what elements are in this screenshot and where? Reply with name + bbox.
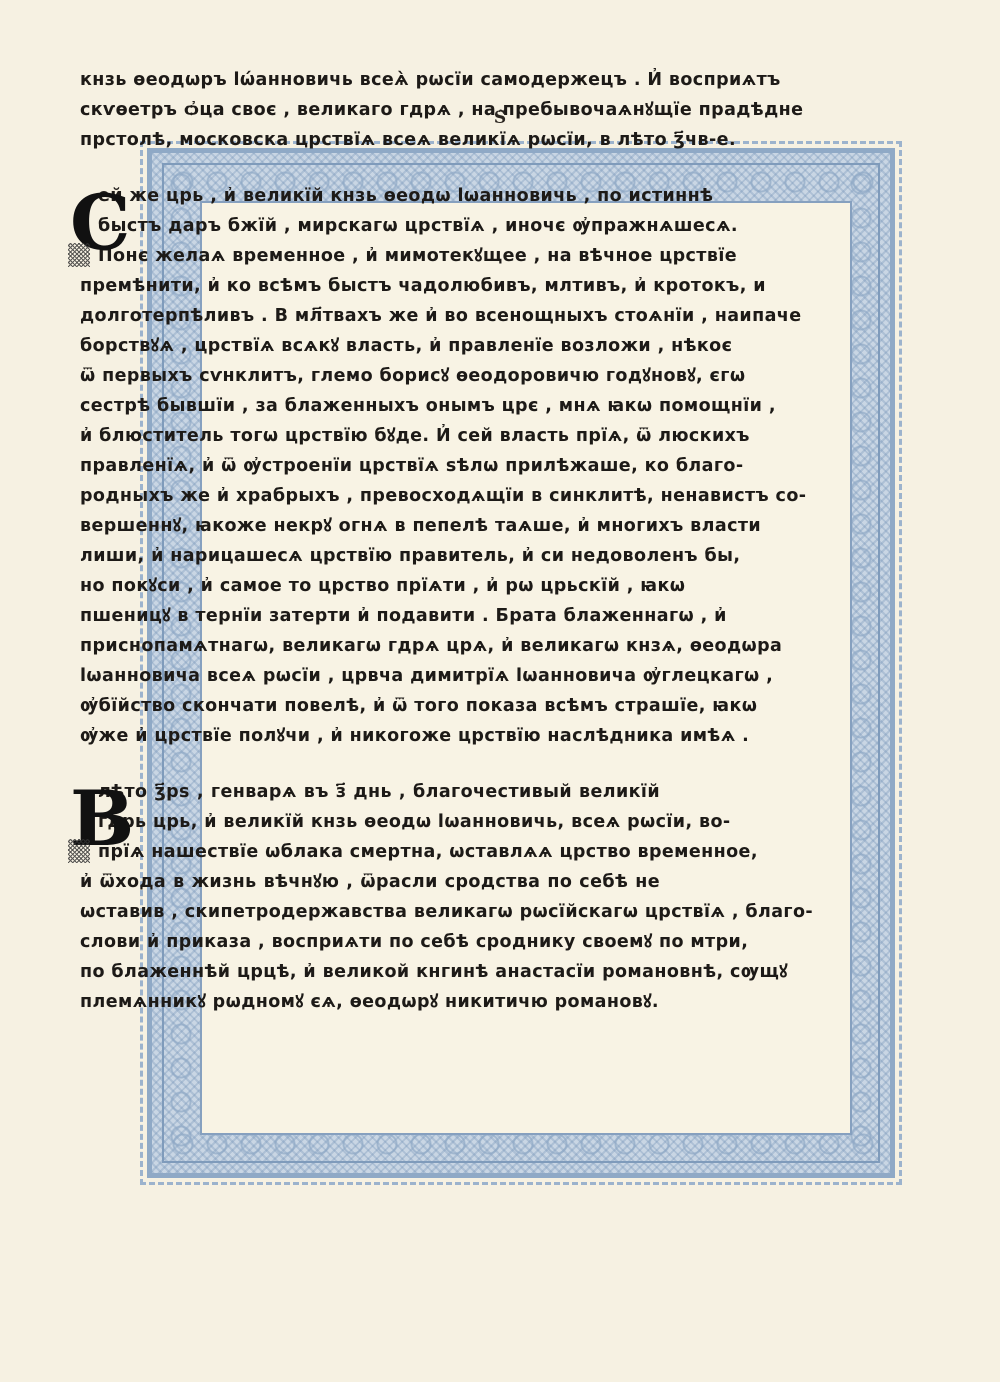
text-line: и҆ блюститель тогѡ црствїю бꙋде. И҆ сей … [80, 421, 660, 451]
text-line: прїѧ нашествїе ѡблака смертна, ѡставлѧѧ … [80, 837, 660, 867]
paragraph-2: С ей же црь , и҆ великїй кнзь ѳеодѡ ӏѡан… [80, 181, 660, 751]
text-line: долготерпѣливъ . В мл҃твахъ же и҆ во все… [80, 301, 660, 331]
text-line: и҆ ѿхода в жизнь вѣчнꙋю , ѿрасли сродств… [80, 867, 660, 897]
text-line: лѣто ӡ҃рѕ , генварѧ въ з҃ днь , благочес… [80, 777, 660, 807]
text-line: сестрѣ бывшїи , за блаженныхъ онымъ црє … [80, 391, 660, 421]
text-line: ей же црь , и҆ великїй кнзь ѳеодѡ ӏѡанно… [80, 181, 660, 211]
text-line: борствꙋѧ , црствїѧ всѧкꙋ власть, и҆ прав… [80, 331, 660, 361]
text-line: Понє желаѧ временное , и҆ мимотекꙋщее , … [80, 241, 660, 271]
text-line: ѹ҆бїйство скончати повелѣ, и҆ ѿ того пок… [80, 691, 660, 721]
text-line: быстъ даръ бжїй , мирскагѡ црствїѧ , ино… [80, 211, 660, 241]
text-line: по блаженнѣй црцѣ, и҆ великой кнгинѣ ана… [80, 957, 660, 987]
text-line: родныхъ же и҆ храбрыхъ , превосходѧщїи в… [80, 481, 660, 511]
text-line: ѹ҆же и҆ црствїе полꙋчи , и҆ никогоже црс… [80, 721, 660, 751]
text-line: слови и҆ приказа , восприѧти по себѣ сро… [80, 927, 660, 957]
text-line: пшеницꙋ в тернїи затерти и҆ подавити . Б… [80, 601, 660, 631]
text-line: вершеннꙋ, ꙗкоже некрꙋ огнѧ в пепелѣ таѧш… [80, 511, 660, 541]
text-line: приснопамѧтнагѡ, великагѡ гдрѧ црѧ, и҆ в… [80, 631, 660, 661]
text-line: но покꙋси , и҆ самое то црство прїѧти , … [80, 571, 660, 601]
text-line: гдрь црь, и҆ великїй кнзь ѳеодѡ ӏѡаннови… [80, 807, 660, 837]
text-line: правленїѧ, и҆ ѿ ѹ҆строенїи црствїѧ ѕѣлѡ … [80, 451, 660, 481]
floral-ornament-icon [68, 243, 90, 267]
paragraph-3: В лѣто ӡ҃рѕ , генварѧ въ з҃ днь , благоч… [80, 777, 660, 1017]
paragraph-1: кнзь ѳеодѡръ ӏѡ́анновичь всеѧ̀ рѡсїи сам… [80, 65, 660, 155]
text-line: ѡставив , скипетродержавства великагѡ рѡ… [80, 897, 660, 927]
text-line: ѿ первыхъ сѵнклитъ, глемо борисꙋ ѳеодоро… [80, 361, 660, 391]
text-line: кнзь ѳеодѡръ ӏѡ́анновичь всеѧ̀ рѡсїи сам… [80, 65, 660, 95]
floral-ornament-icon [68, 839, 90, 863]
text-line: премѣнити, и҆ ко всѣмъ быстъ чадолюбивъ,… [80, 271, 660, 301]
text-line: лиши, и҆ нарицашесѧ црствїю правитель, и… [80, 541, 660, 571]
manuscript-text: кнзь ѳеодѡръ ӏѡ́анновичь всеѧ̀ рѡсїи сам… [80, 65, 660, 1017]
text-line: племѧнникꙋ рѡдномꙋ єѧ, ѳеодѡрꙋ никитичю … [80, 987, 660, 1017]
text-line: ӏѡанновича всеѧ рѡсїи , црвча димитрїѧ ӏ… [80, 661, 660, 691]
text-line: скѵѳетръ ѻ҆ца своє , великаго гдрѧ , на … [80, 95, 660, 125]
text-line: прстолѣ, московска црствїѧ всеѧ великїѧ … [80, 125, 660, 155]
